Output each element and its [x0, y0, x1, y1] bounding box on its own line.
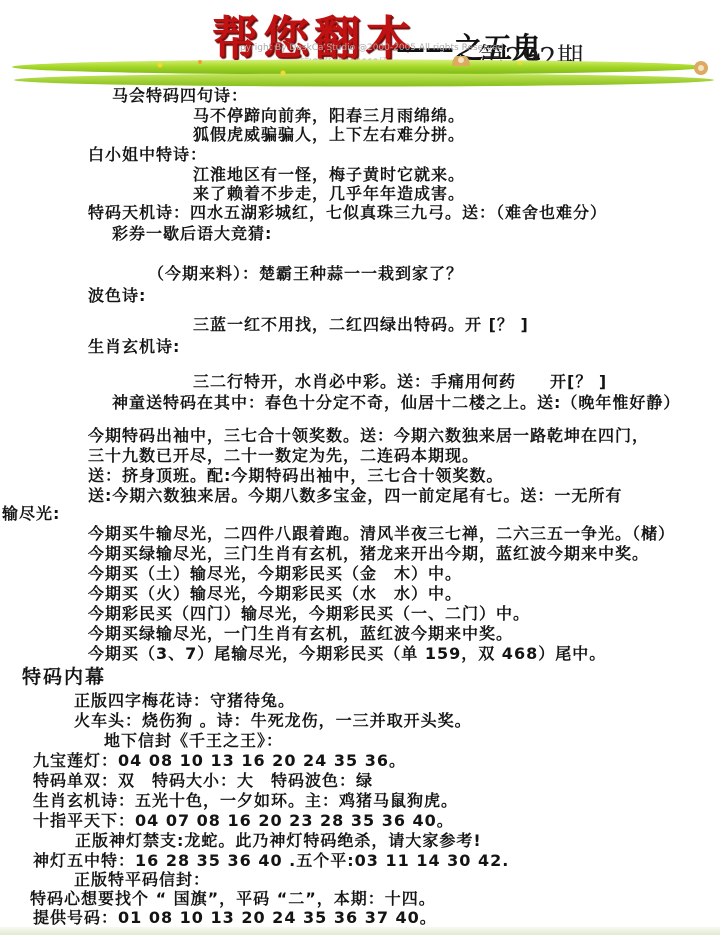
text-line: 今期买（3、7）尾输尽光，今期彩民买（单 159，双 468）尾中。 — [88, 646, 606, 662]
text-line: 来了赖着不步走，几乎年年造成害。 — [193, 186, 465, 202]
text-line: 十指平天下：04 07 08 16 20 23 28 35 36 40。 — [33, 813, 454, 829]
text-line: 今期特码出袖中，三七合十领奖数。送：今期六数独来居一路乾坤在四门， — [88, 428, 649, 444]
section-heading: 特码内幕 — [22, 668, 106, 687]
text-line: 神灯五中特：16 28 35 36 40 .五个平:03 11 14 30 42… — [33, 853, 509, 869]
text-line: 神童送特码在其中：春色十分定不奇，仙居十二楼之上。送:（晚年惟好静） — [112, 395, 680, 411]
text-line: 特码天机诗：四水五湖彩城红，七似真珠三九弓。送：（难舍也难分） — [88, 205, 607, 221]
text-line: 马不停蹄向前奔，阳春三月雨绵绵。 — [193, 108, 465, 124]
text-line: 火车头：烧伤狗 。诗：牛死龙伤，一三并取开头奖。 — [74, 713, 472, 729]
grass-blade-upper — [12, 60, 708, 75]
berry-dot-icon — [518, 61, 522, 65]
text-line: 彩券一歇后语大竞猜: — [112, 226, 272, 242]
text-line: 送：挤身顶班。配:今期特码出袖中，三七合十领奖数。 — [88, 468, 503, 484]
text-line: 今期买绿输尽光，一门生肖有玄机，蓝红波今期来中奖。 — [88, 626, 513, 642]
text-line: 波色诗: — [88, 288, 146, 304]
text-line: 今期买（土）输尽光，今期彩民买（金 木）中。 — [88, 566, 462, 582]
text-line: 白小姐中特诗： — [88, 147, 207, 163]
text-line: 地下信封《千王之王》： — [104, 733, 283, 749]
berry-dot-icon — [281, 71, 286, 76]
text-line: 特码单双：双 特码大小：大 特码波色：绿 — [33, 773, 373, 789]
berry-dot-icon — [158, 63, 163, 68]
leaf-curl-icon — [694, 61, 708, 75]
text-line: 提供号码：01 08 10 13 20 24 35 36 37 40。 — [33, 910, 437, 926]
text-line: 狐假虎威骗骗人，上下左右难分拼。 — [193, 127, 465, 143]
text-line: 特码心想要找个 “ 国旗”，平码 “二”，本期：十四。 — [30, 891, 436, 907]
text-line: 九宝莲灯：04 08 10 13 16 20 24 35 36。 — [33, 753, 406, 769]
text-line: 正版神灯禁支:龙蛇。此乃神灯特码绝杀，请大家参考! — [75, 833, 482, 849]
text-line: （今期来料）：楚霸王种蒜一一栽到家了？ — [148, 266, 463, 282]
text-line: 今期买牛输尽光，二四件八跟着跑。清风半夜三七禅，二六三五一争光。（槠） — [88, 526, 675, 542]
berry-dot-icon — [198, 60, 202, 64]
text-line: 江淮地区有一怪，梅子黄时它就来。 — [193, 167, 465, 183]
text-line: 正版四字梅花诗：守猪待兔。 — [74, 693, 295, 709]
text-line: 正版特平码信封： — [74, 872, 210, 888]
text-line: 输尽光: — [2, 506, 60, 522]
bottom-strip — [0, 927, 720, 935]
snail-icon — [452, 56, 470, 66]
text-line: 送:今期六数独来居。今期八数多宝金，四一前定尾有七。送：一无所有 — [88, 488, 622, 504]
text-line: 三蓝一红不用找，二红四绿出特码。开 [？ ] — [193, 317, 529, 333]
text-line: 生肖玄机诗：五光十色，一夕如环。主：鸡猪马鼠狗虎。 — [33, 793, 458, 809]
page: 帮您翻本 ——之五鬼 第292期 pyright By DeskCa Studi… — [0, 0, 720, 935]
copyright-watermark: pyright By DeskCa Studio @2000-2005 All … — [240, 43, 506, 53]
text-line: 马会特码四句诗： — [112, 88, 248, 104]
text-line: 三十九数已开尽，二十一数定为先，二连码本期现。 — [88, 448, 479, 464]
text-line: 今期买（火）输尽光，今期彩民买（水 水）中。 — [88, 586, 462, 602]
text-line: 三二行特开，水肖必中彩。送：手痛用何药 开[？ ] — [193, 374, 607, 390]
text-line: 今期买绿输尽光，三门生肖有玄机，猪龙来开出今期，蓝红波今期来中奖。 — [88, 546, 649, 562]
text-line: 今期彩民买（四门）输尽光，今期彩民买（一、二门）中。 — [88, 606, 530, 622]
grass-band-icon — [0, 56, 720, 92]
text-line: 生肖玄机诗: — [88, 339, 180, 355]
grass-blade-lower — [14, 74, 714, 87]
